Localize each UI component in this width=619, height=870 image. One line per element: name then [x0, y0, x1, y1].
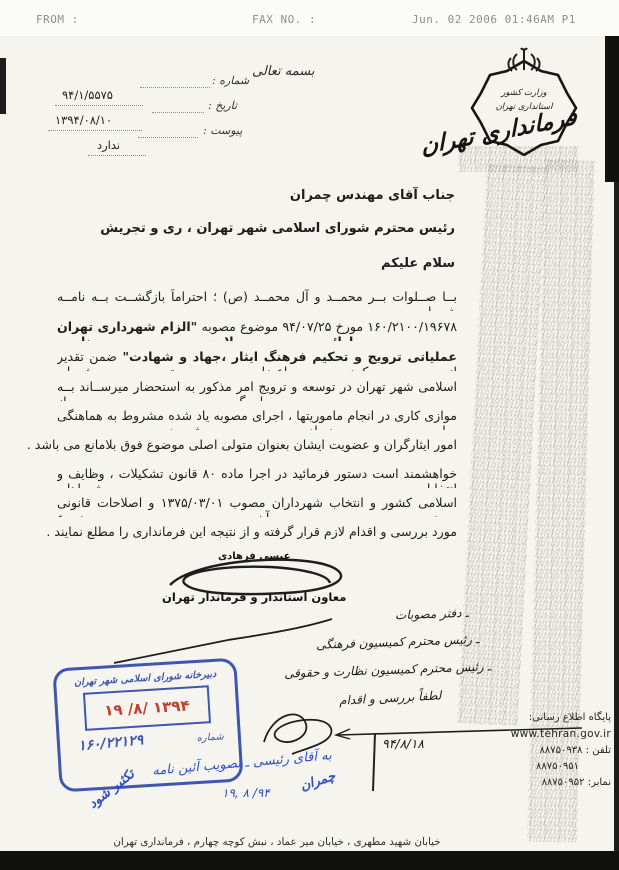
dotted-line [88, 154, 146, 156]
footer-fax-line: نمابر: ۸۸۷۵۰۹۵۲ [479, 775, 611, 791]
body-line: ۱۶۰/۲۱۰۰/۱۹۶۷۸ مورخ ۹۴/۰۷/۲۵ موضوع مصوبه… [57, 319, 457, 341]
body-text: ۱۶۰/۲۱۰۰/۱۹۶۷۸ مورخ ۹۴/۰۷/۲۵ موضوع مصوبه [197, 319, 457, 334]
logo-ministry-text: وزارت کشور [478, 88, 570, 98]
fax-timestamp: Jun. 02 2006 01:46AM P1 [412, 13, 576, 26]
footer-info-label: پایگاه اطلاع رسانی: [479, 710, 611, 726]
body-line: امور ایثارگران و عضویت ایشان بعنوان متول… [57, 437, 457, 452]
footer-address: خیابان شهید مطهری ، خیابان میر عماد ، نب… [62, 836, 492, 848]
scan-edge-artifact [0, 851, 619, 870]
body-line: اسلامی شهر تهران در توسعه و ترویج امر مذ… [57, 379, 457, 401]
stamp-number-label: شماره [196, 731, 224, 744]
body-line: بــا صــلوات بــر محمــد و آل محمــد (ص)… [57, 289, 457, 311]
scan-edge-artifact [0, 58, 6, 114]
field-number-label: شماره : [212, 74, 249, 87]
footer-phone-label: تلفن : [586, 745, 611, 756]
dotted-line [152, 111, 204, 113]
body-text: بــا صــلوات بــر محمــد و آل محمــد (ص)… [57, 289, 457, 311]
body-line: خواهشمند است دستور فرمائید در اجرا ماده … [57, 466, 457, 488]
dotted-line [138, 136, 198, 138]
field-attachment-label: پیوست : [203, 124, 242, 137]
footer-fax-label: نمابر: [588, 777, 611, 788]
handwritten-date: ۹۴/۸/۱۸ [382, 736, 424, 751]
field-number-value: ۹۴/۱/۵۵۷۵ [62, 88, 113, 102]
field-date-label: تاریخ : [208, 99, 237, 112]
footer-contact-block: پایگاه اطلاع رسانی: www.tehran.gov.ir تل… [479, 710, 611, 791]
scan-noise-band [458, 146, 578, 172]
bismillah-text: بسمه تعالی [252, 64, 314, 79]
recipient-title: رئیس محترم شورای اسلامی شهر تهران ، ری و… [100, 221, 455, 236]
footer-phone-1: ۸۸۷۵۰۹۳۸ [540, 745, 583, 756]
body-text: امور ایثارگران و عضویت ایشان بعنوان متول… [27, 437, 457, 452]
stamp-number-value: ۱۶۰/۲۲۱۲۹ [77, 732, 144, 754]
footer-website: www.tehran.gov.ir [479, 726, 611, 743]
body-line: مورد بررسی و اقدام لازم قرار گرفته و از … [57, 524, 457, 539]
salutation: سلام علیکم [381, 256, 455, 271]
body-line: عملیاتی ترویج و تحکیم فرهنگ ایثار ،جهاد … [57, 349, 457, 371]
field-date-value: ۱۳۹۴/۰۸/۱۰ [55, 113, 112, 127]
dotted-line [48, 129, 142, 131]
body-text: موازی کاری در انجام ماموریتها ، اجرای مص… [57, 408, 457, 430]
body-line: موازی کاری در انجام ماموریتها ، اجرای مص… [57, 408, 457, 430]
body-text-bold: عملیاتی ترویج و تحکیم فرهنگ ایثار ،جهاد … [117, 349, 457, 364]
footer-fax-number: ۸۸۷۵۰۹۵۲ [542, 777, 585, 788]
body-text: اسلامی شهر تهران در توسعه و ترویج امر مذ… [57, 379, 457, 401]
body-text: خواهشمند است دستور فرمائید در اجرا ماده … [57, 466, 457, 488]
recipient-name: جناب آقای مهندس چمران [290, 188, 455, 203]
field-attachment-value: ندارد [97, 138, 120, 152]
handwritten-note: ـ دفتر مصوبات [395, 606, 469, 623]
fax-scan-page: FROM : FAX NO. : Jun. 02 2006 01:46AM P1… [0, 0, 619, 870]
dotted-line [140, 86, 210, 88]
scan-edge-artifact [605, 36, 619, 182]
body-line: اسلامی کشور و انتخاب شهرداران مصوب ۱۳۷۵/… [57, 495, 457, 517]
fax-number-label: FAX NO. : [252, 13, 316, 26]
footer-phone-line: تلفن : ۸۸۷۵۰۹۳۸ [479, 743, 611, 759]
body-text: اسلامی کشور و انتخاب شهرداران مصوب ۱۳۷۵/… [57, 495, 457, 517]
scan-edge-artifact [614, 182, 619, 852]
blue-date: ۹۴/ ۸ ,۱۹ [222, 786, 270, 800]
body-text: مورد بررسی و اقدام لازم قرار گرفته و از … [46, 524, 457, 539]
fax-from-label: FROM : [36, 13, 79, 26]
dotted-line [55, 104, 143, 106]
signatory-title: معاون استاندار و فرماندار تهران [162, 590, 346, 604]
footer-phone-2: ۸۸۷۵۰۹۵۱ [479, 759, 611, 775]
